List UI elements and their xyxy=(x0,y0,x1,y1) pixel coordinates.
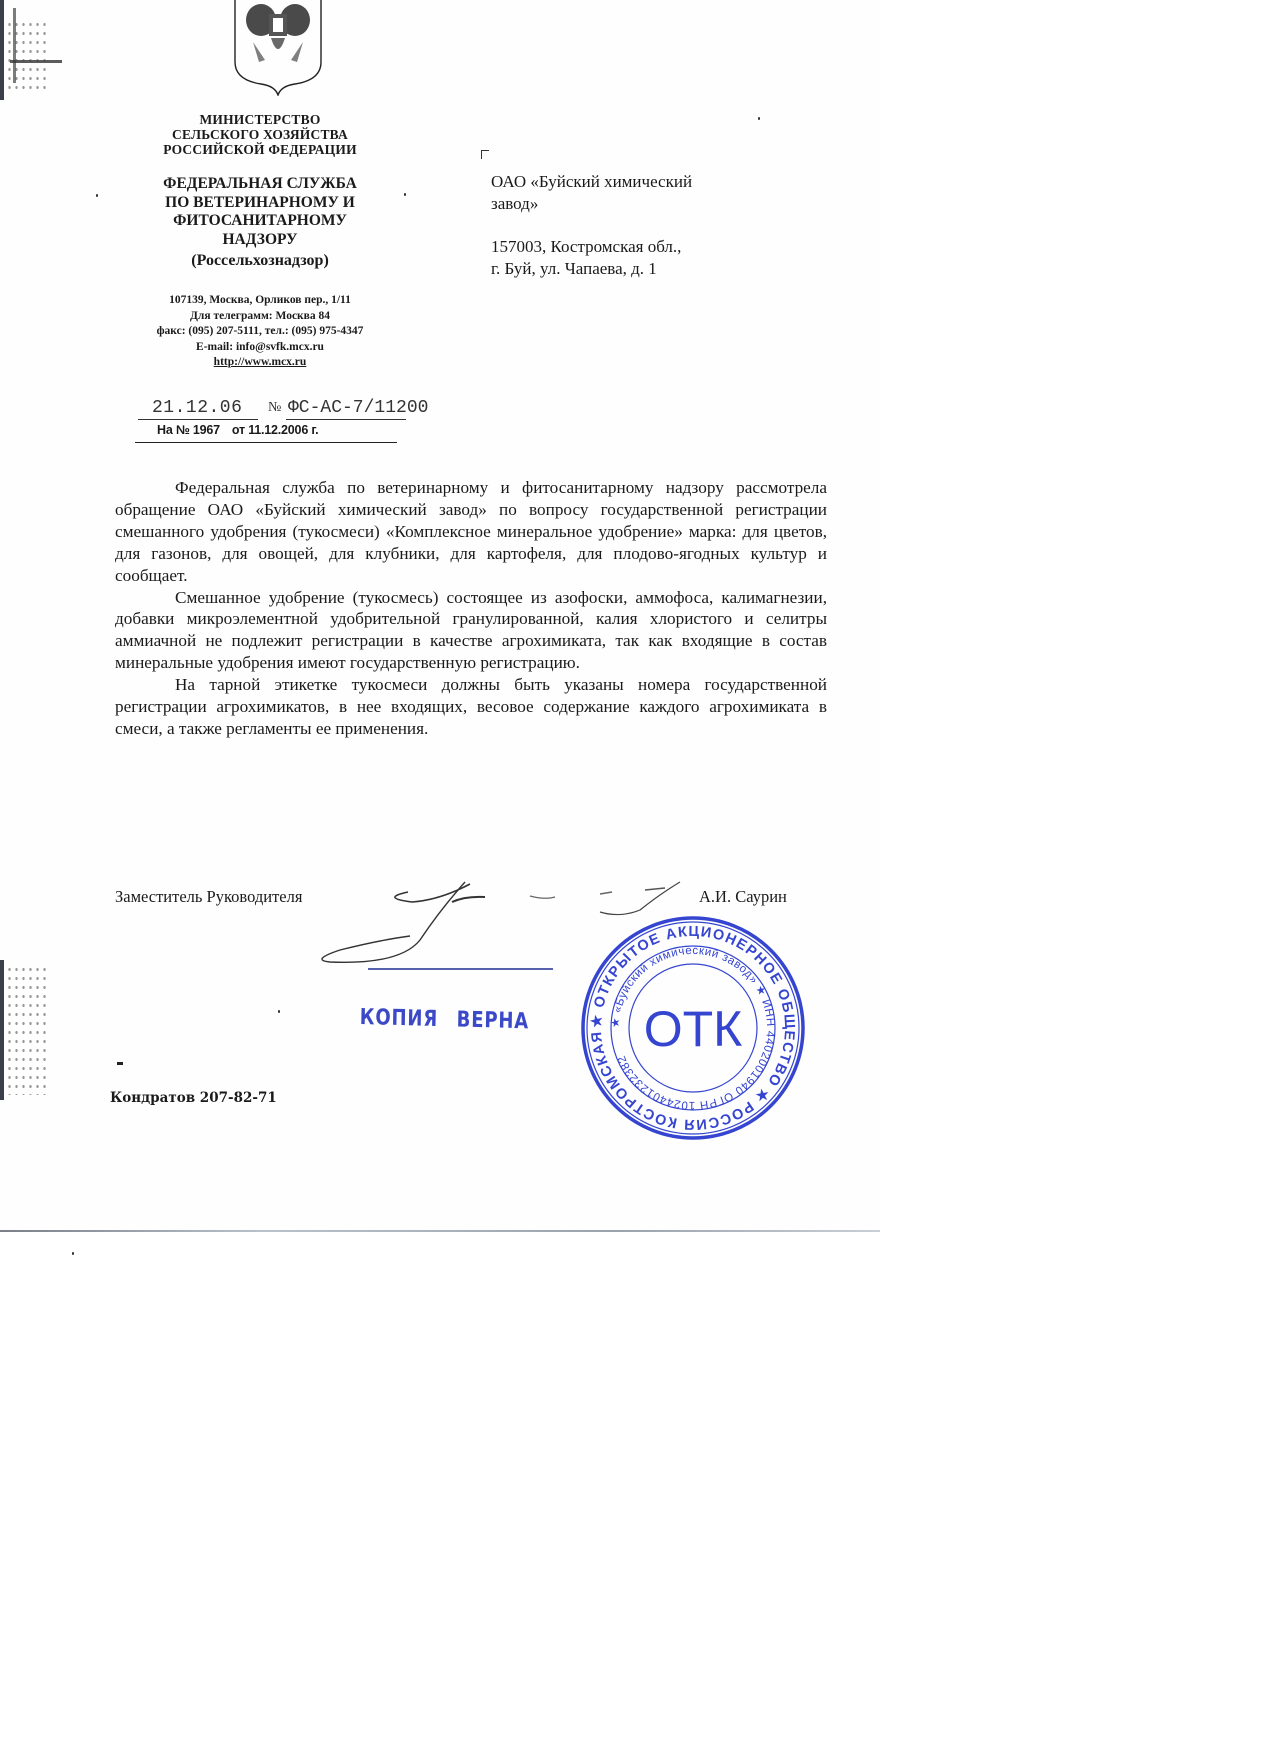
ministry-name: МИНИСТЕРСТВО СЕЛЬСКОГО ХОЗЯЙСТВА РОССИЙС… xyxy=(110,112,410,157)
addressee-address: 157003, Костромская обл., xyxy=(491,236,791,258)
service-name: ФЕДЕРАЛЬНАЯ СЛУЖБА ПО ВЕТЕРИНАРНОМУ И ФИ… xyxy=(110,175,410,271)
registration-line: 21.12.06 № ФС-АС-7/11200 xyxy=(120,398,440,420)
scan-edge-mark xyxy=(0,0,4,100)
sender-phones: факс: (095) 207-5111, тел.: (095) 975-43… xyxy=(110,324,410,340)
coat-of-arms-icon xyxy=(231,0,325,96)
addressee-company: завод» xyxy=(491,193,791,215)
scan-speck xyxy=(278,1010,280,1013)
sender-website: http://www.mcx.ru xyxy=(110,355,410,371)
addressee-block: ОАО «Буйский химический завод» 157003, К… xyxy=(491,171,791,279)
scan-speck xyxy=(72,1252,74,1255)
reply-number: На № 1967 xyxy=(157,423,220,437)
scan-noise xyxy=(6,20,46,90)
scan-speck xyxy=(758,117,760,120)
scan-edge-mark xyxy=(0,960,4,1100)
service-line: НАДЗОРУ xyxy=(110,231,410,250)
scan-speck xyxy=(404,193,406,196)
sender-contacts: 107139, Москва, Орликов пер., 1/11 Для т… xyxy=(110,293,410,371)
scanned-page: МИНИСТЕРСТВО СЕЛЬСКОГО ХОЗЯЙСТВА РОССИЙС… xyxy=(0,0,880,1232)
sender-address: 107139, Москва, Орликов пер., 1/11 xyxy=(110,293,410,309)
registration-number: ФС-АС-7/11200 xyxy=(288,398,428,418)
service-abbreviation: (Россельхознадзор) xyxy=(110,251,410,271)
signatory-name: А.И. Саурин xyxy=(699,887,787,907)
scan-noise xyxy=(6,965,46,1095)
signatory-title: Заместитель Руководителя xyxy=(115,887,302,907)
signature-line xyxy=(368,968,553,970)
ministry-line: СЕЛЬСКОГО ХОЗЯЙСТВА xyxy=(110,127,410,142)
ministry-line: МИНИСТЕРСТВО xyxy=(110,112,410,127)
margin-mark xyxy=(117,1062,123,1065)
address-corner-mark xyxy=(481,150,489,159)
letter-body: Федеральная служба по ветеринарному и фи… xyxy=(115,477,827,740)
reply-reference: На № 1967от 11.12.2006 г. xyxy=(157,423,318,437)
addressee-address: г. Буй, ул. Чапаева, д. 1 xyxy=(491,258,791,280)
underline xyxy=(286,419,406,420)
body-paragraph: Смешанное удобрение (тукосмесь) состояще… xyxy=(115,587,827,675)
letterhead: МИНИСТЕРСТВО СЕЛЬСКОГО ХОЗЯЙСТВА РОССИЙС… xyxy=(110,112,410,371)
underline xyxy=(138,419,258,420)
number-label: № xyxy=(268,400,281,416)
scan-speck xyxy=(96,194,98,197)
sender-email: E-mail: info@svfk.mcx.ru xyxy=(110,340,410,356)
svg-text:ОТК: ОТК xyxy=(644,1001,743,1057)
body-paragraph: На тарной этикетке тукосмеси должны быть… xyxy=(115,674,827,740)
company-seal-icon: ★ ОТКРЫТОЕ АКЦИОНЕРНОЕ ОБЩЕСТВО ★ РОССИЯ… xyxy=(578,913,808,1143)
service-line: ФИТОСАНИТАРНОМУ xyxy=(110,212,410,231)
service-line: ФЕДЕРАЛЬНАЯ СЛУЖБА xyxy=(110,175,410,194)
addressee-company: ОАО «Буйский химический xyxy=(491,171,791,193)
ministry-line: РОССИЙСКОЙ ФЕДЕРАЦИИ xyxy=(110,142,410,157)
registration-date: 21.12.06 xyxy=(152,398,242,418)
service-line: ПО ВЕТЕРИНАРНОМУ И xyxy=(110,194,410,213)
reply-date: от 11.12.2006 г. xyxy=(232,423,319,437)
scan-page-edge xyxy=(0,1230,880,1232)
body-paragraph: Федеральная служба по ветеринарному и фи… xyxy=(115,477,827,587)
executor-contact: Кондратов 207-82-71 xyxy=(110,1090,277,1106)
copy-certified-stamp: КОПИЯ ВЕРНА xyxy=(360,1005,530,1034)
sender-telegram: Для телеграмм: Москва 84 xyxy=(110,309,410,325)
underline xyxy=(135,442,397,443)
